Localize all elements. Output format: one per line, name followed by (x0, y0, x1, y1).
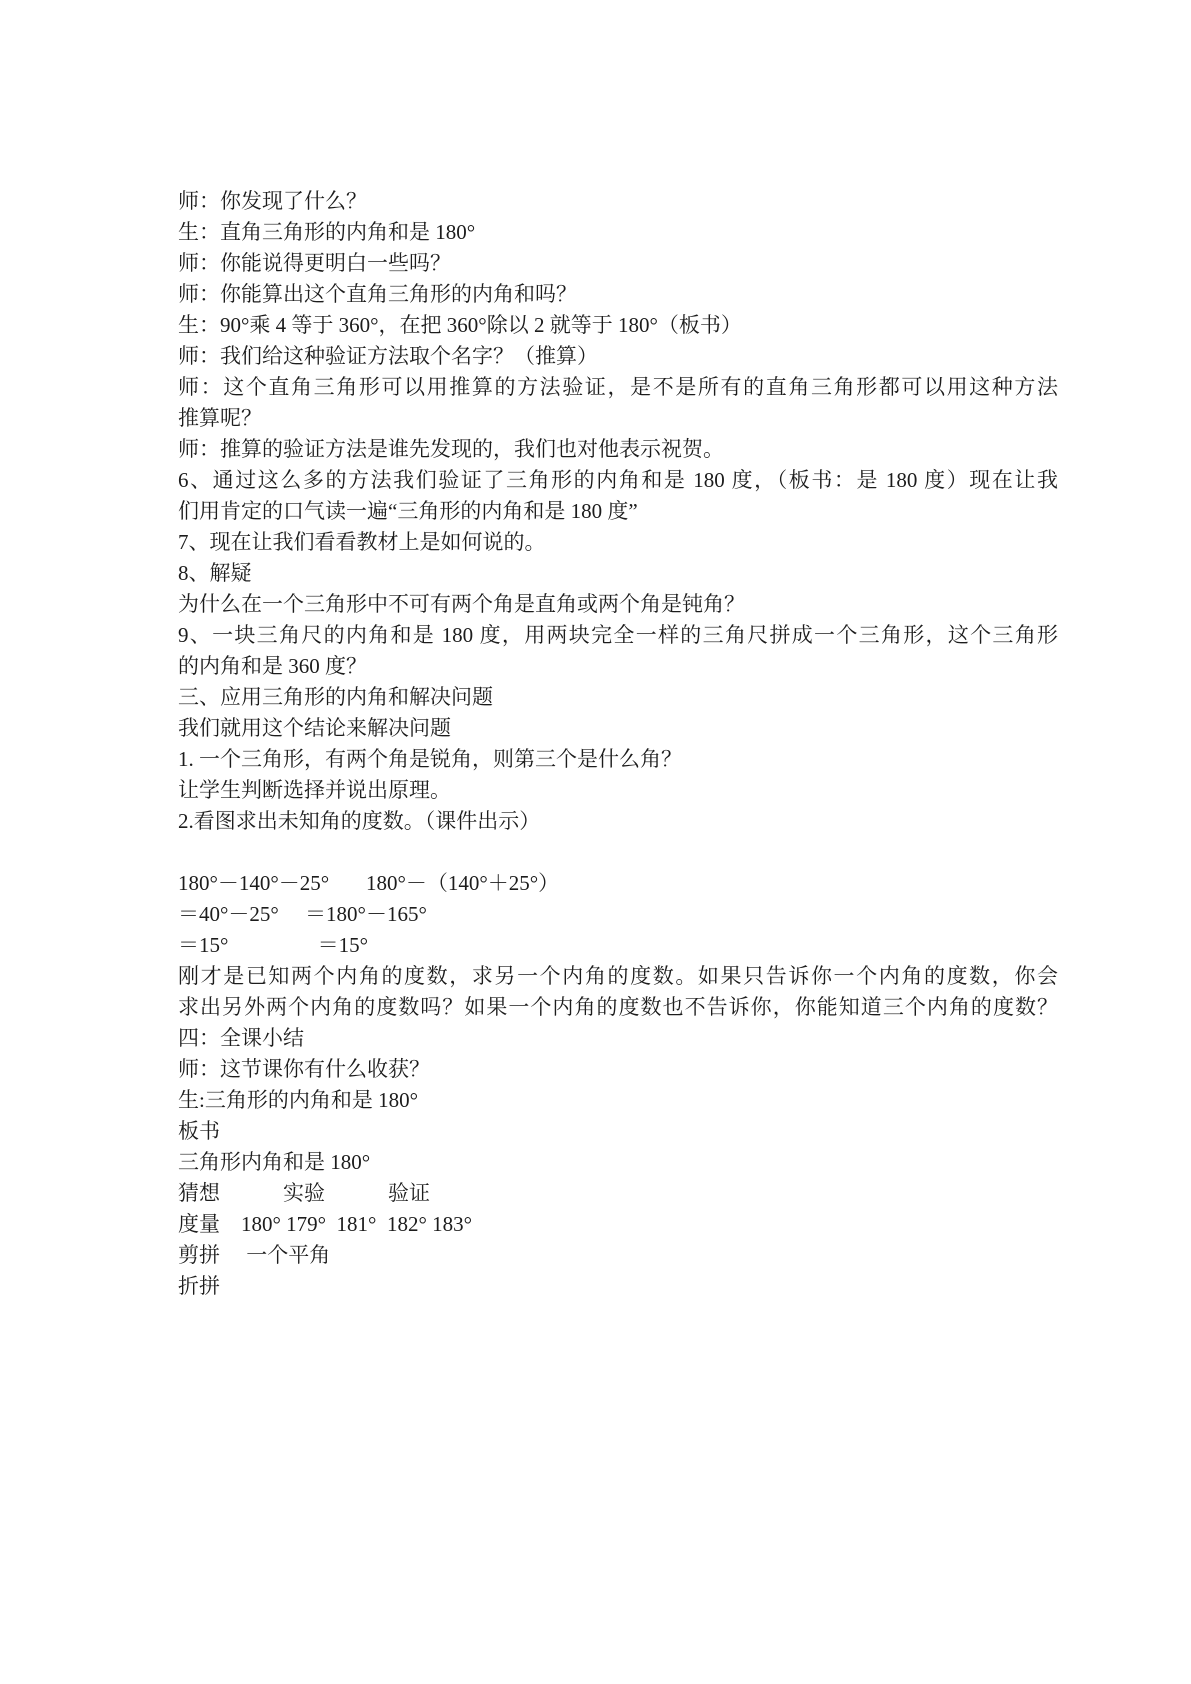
text-line: 师：你能说得更明白一些吗？ (178, 248, 1058, 279)
text-line: 生：直角三角形的内角和是 180° (178, 217, 1058, 248)
text-line: 师：推算的验证方法是谁先发现的，我们也对他表示祝贺。 (178, 434, 1058, 465)
text-line: 刚才是已知两个内角的度数，求另一个内角的度数。如果只告诉你一个内角的度数，你会 (178, 961, 1058, 992)
text-line: 师：你能算出这个直角三角形的内角和吗？ (178, 279, 1058, 310)
text-line: 折拼 (178, 1271, 1058, 1302)
text-line: 度量 180° 179° 181° 182° 183° (178, 1209, 1058, 1240)
text-line: 7、现在让我们看看教材上是如何说的。 (178, 527, 1058, 558)
text-line: 剪拼 一个平角 (178, 1240, 1058, 1271)
text-line: 生:三角形的内角和是 180° (178, 1085, 1058, 1116)
text-line: 生：90°乘 4 等于 360°，在把 360°除以 2 就等于 180°（板书… (178, 310, 1058, 341)
text-line: 猜想 实验 验证 (178, 1178, 1058, 1209)
text-line: 们用肯定的口气读一遍“三角形的内角和是 180 度” (178, 496, 1058, 527)
text-line: 2.看图求出未知角的度数。（课件出示） (178, 806, 1058, 837)
text-line: 8、解疑 (178, 558, 1058, 589)
text-line: 的内角和是 360 度？ (178, 651, 1058, 682)
text-line: 师：这个直角三角形可以用推算的方法验证，是不是所有的直角三角形都可以用这种方法 (178, 372, 1058, 403)
text-line: 板书 (178, 1116, 1058, 1147)
document-page: 师：你发现了什么？生：直角三角形的内角和是 180°师：你能说得更明白一些吗？师… (0, 0, 1191, 1684)
blank-line (178, 837, 1058, 868)
text-line: 6、通过这么多的方法我们验证了三角形的内角和是 180 度，（板书：是 180 … (178, 465, 1058, 496)
text-line: 师：这节课你有什么收获？ (178, 1054, 1058, 1085)
text-line: 180°－140°－25° 180°－（140°＋25°） (178, 868, 1058, 899)
text-line: 9、一块三角尺的内角和是 180 度，用两块完全一样的三角尺拼成一个三角形，这个… (178, 620, 1058, 651)
text-line: 四：全课小结 (178, 1023, 1058, 1054)
text-line: 师：我们给这种验证方法取个名字？（推算） (178, 341, 1058, 372)
text-line: 求出另外两个内角的度数吗？如果一个内角的度数也不告诉你，你能知道三个内角的度数？ (178, 992, 1058, 1023)
text-line: ＝40°－25° ＝180°－165° (178, 899, 1058, 930)
text-line: 让学生判断选择并说出原理。 (178, 775, 1058, 806)
text-line: 1. 一个三角形，有两个角是锐角，则第三个是什么角？ (178, 744, 1058, 775)
document-body: 师：你发现了什么？生：直角三角形的内角和是 180°师：你能说得更明白一些吗？师… (178, 186, 1058, 1302)
text-line: 我们就用这个结论来解决问题 (178, 713, 1058, 744)
text-line: 为什么在一个三角形中不可有两个角是直角或两个角是钝角？ (178, 589, 1058, 620)
text-line: ＝15° ＝15° (178, 930, 1058, 961)
text-line: 推算呢？ (178, 403, 1058, 434)
text-line: 三、应用三角形的内角和解决问题 (178, 682, 1058, 713)
text-line: 师：你发现了什么？ (178, 186, 1058, 217)
text-line: 三角形内角和是 180° (178, 1147, 1058, 1178)
